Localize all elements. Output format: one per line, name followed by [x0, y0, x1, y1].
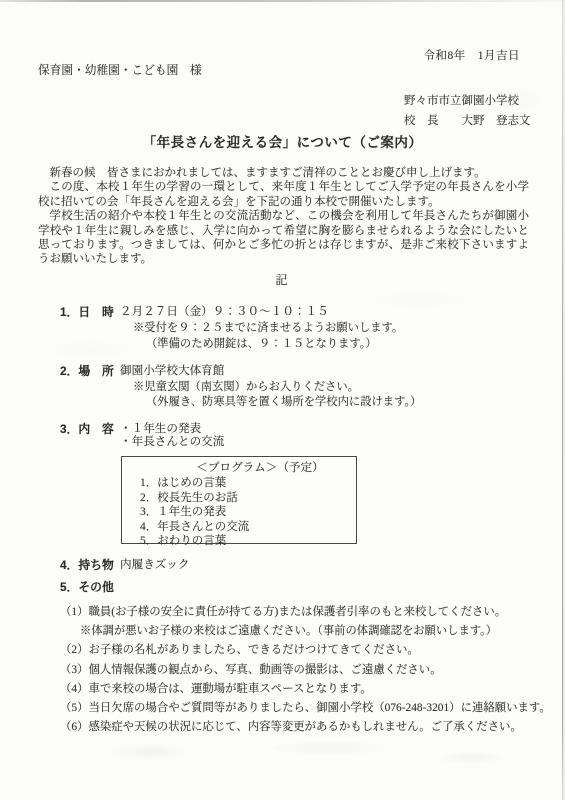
- others-note-health: ※体調が悪いお子様の来校はご遠慮ください。（事前の体調確認をお願いします。）: [80, 622, 497, 638]
- place-note-belongings: （外履き、防寒具等を置く場所を学校内に設けます。）: [146, 393, 421, 409]
- contents-item-exchange: ・年長さんとの交流: [120, 433, 224, 449]
- section-contents-label: 3．内 容: [60, 420, 114, 437]
- addressee-line: 保育園・幼稚園・こども園 様: [38, 62, 202, 78]
- section-belongings-label: 4．持ち物: [60, 556, 114, 573]
- intro-paragraph: この度、本校１年生の学習の一環として、来年度１年生としてご入学予定の年長さんを小…: [38, 180, 529, 209]
- sender-principal-line: 校 長 大野 登志文: [404, 111, 531, 131]
- belongings-value: 内履きズック: [120, 556, 189, 572]
- greeting-body: 新春の候 皆さまにおかれましては、ますますご清祥のこととお慶び申し上げます。 こ…: [38, 166, 529, 267]
- place-note-entrance: ※児童玄関（南玄関）からお入りください。: [133, 378, 359, 394]
- document-title: 「年長さんを迎える会」について（ご案内）: [0, 131, 565, 151]
- sender-block: 野々市市立御園小学校 校 長 大野 登志文: [404, 91, 531, 131]
- scan-edge-right: [562, 0, 563, 800]
- purpose-paragraph: 学校生活の紹介や本校１年生との交流活動など、この機会を利用して年長さんたちが御園…: [38, 209, 529, 267]
- others-item-parking: （4）車で来校の場合は、運動場が駐車スペースとなります。: [60, 680, 372, 696]
- section-datetime-label: 1．日 時: [60, 303, 114, 320]
- others-item-contact: （5）当日欠席の場合やご質問等がありましたら、御園小学校（076-248-320…: [60, 699, 551, 715]
- others-item-escort: （1）職員(お子様の安全に責任が持てる方)または保護者引率のもと来校してください…: [60, 603, 506, 619]
- program-item-closing: 5．おわりの言葉: [140, 534, 356, 549]
- document-sheet: 令和8年 1月吉日 保育園・幼稚園・こども園 様 野々市市立御園小学校 校 長 …: [0, 0, 565, 800]
- sender-school-line: 野々市市立御園小学校: [404, 91, 531, 111]
- others-item-nametag: （2）お子様の名札がありましたら、できるだけつけてきてください。: [60, 641, 419, 657]
- document-date: 令和8年 1月吉日: [424, 47, 521, 63]
- program-item-presentation: 3．１年生の発表: [140, 505, 356, 520]
- program-item-opening: 1．はじめの言葉: [140, 476, 356, 491]
- section-others-label: 5．その他: [60, 578, 114, 595]
- datetime-note-reception: ※受付を９：２５までに済ませるようお願いします。: [133, 319, 403, 335]
- record-marker: 記: [0, 271, 565, 288]
- datetime-value: ２月２７日（金）９：３０～１０：１５: [120, 303, 329, 319]
- others-item-changes: （6）感染症や天候の状況に応じて、内容等変更があるかもしれません。ご了承ください…: [60, 718, 522, 734]
- program-item-principal-talk: 2．校長先生のお話: [140, 491, 356, 506]
- others-item-privacy: （3）個人情報保護の観点から、写真、動画等の撮影は、ご遠慮ください。: [60, 661, 442, 677]
- program-box: ＜プログラム＞（予定） 1．はじめの言葉 2．校長先生のお話 3．１年生の発表 …: [121, 456, 357, 544]
- place-value: 御園小学校大体育館: [120, 362, 224, 378]
- section-place-label: 2．場 所: [60, 362, 114, 379]
- datetime-note-unlock: （準備のため開錠は、９：１５となります。）: [146, 335, 377, 351]
- greeting-paragraph: 新春の候 皆さまにおかれましては、ますますご清祥のこととお慶び申し上げます。: [38, 166, 529, 180]
- program-item-exchange: 4．年長さんとの交流: [140, 520, 356, 535]
- scan-edge-top: [0, 0, 565, 2]
- program-item-list: 1．はじめの言葉 2．校長先生のお話 3．１年生の発表 4．年長さんとの交流 5…: [140, 476, 356, 549]
- program-heading: ＜プログラム＞（予定）: [122, 459, 356, 475]
